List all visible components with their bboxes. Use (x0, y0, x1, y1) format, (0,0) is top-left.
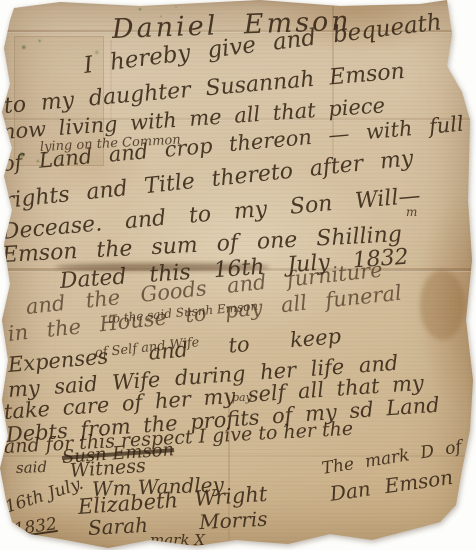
margin-date-year: 1832 (13, 516, 58, 539)
margin-date-day: 16th July. (3, 475, 85, 516)
witness-mark: mark X (150, 533, 205, 548)
handwritten-word-said: said (16, 460, 48, 476)
manuscript-paper: Daniel Emson I hereby give and bequeath … (0, 0, 476, 550)
document-photo: Daniel Emson I hereby give and bequeath … (0, 0, 476, 550)
stain (420, 270, 465, 340)
